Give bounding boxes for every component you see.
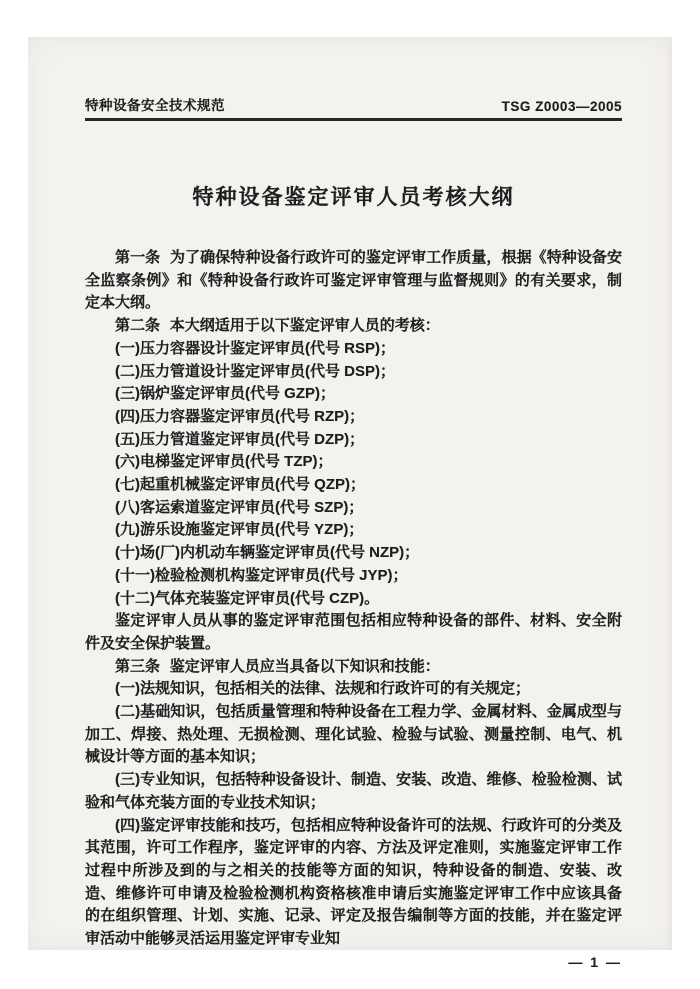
document-header: 特种设备安全技术规范 TSG Z0003—2005 (85, 94, 622, 121)
paragraph: (七)起重机械鉴定评审员(代号 QZP)； (85, 474, 622, 497)
paragraph: (八)客运索道鉴定评审员(代号 SZP)； (85, 497, 622, 520)
article-paragraph: 第三条鉴定评审人员应当具备以下知识和技能： (85, 656, 622, 679)
document-body: 第一条为了确保特种设备行政许可的鉴定评审工作质量，根据《特种设备安全监察条例》和… (85, 247, 622, 951)
article-paragraph: 第二条本大纲适用于以下鉴定评审人员的考核： (85, 315, 622, 338)
paragraph: (四)鉴定评审技能和技巧，包括相应特种设备许可的法规、行政许可的分类及其范围，许… (85, 815, 622, 951)
paragraph: (五)压力管道鉴定评审员(代号 DZP)； (85, 429, 622, 452)
page-number: — 1 — (85, 954, 622, 970)
scanned-document-page: 特种设备安全技术规范 TSG Z0003—2005 特种设备鉴定评审人员考核大纲… (28, 37, 672, 950)
paragraph: (十一)检验检测机构鉴定评审员(代号 JYP)； (85, 565, 622, 588)
paragraph: (四)压力容器鉴定评审员(代号 RZP)； (85, 406, 622, 429)
header-document-code: TSG Z0003—2005 (502, 99, 622, 114)
article-number: 第一条 (115, 249, 160, 266)
paragraph: (十)场(厂)内机动车辆鉴定评审员(代号 NZP)； (85, 542, 622, 565)
paragraph: (三)锅炉鉴定评审员(代号 GZP)； (85, 383, 622, 406)
paragraph: (三)专业知识，包括特种设备设计、制造、安装、改造、维修、检验检测、试验和气体充… (85, 769, 622, 814)
screenshot-canvas: 特种设备安全技术规范 TSG Z0003—2005 特种设备鉴定评审人员考核大纲… (0, 0, 700, 989)
paragraph: (九)游乐设施鉴定评审员(代号 YZP)； (85, 519, 622, 542)
paragraph: (二)压力管道设计鉴定评审员(代号 DSP)； (85, 361, 622, 384)
paragraph: 鉴定评审人员从事的鉴定评审范围包括相应特种设备的部件、材料、安全附件及安全保护装… (85, 610, 622, 655)
article-number: 第二条 (115, 317, 160, 334)
article-paragraph: 第一条为了确保特种设备行政许可的鉴定评审工作质量，根据《特种设备安全监察条例》和… (85, 247, 622, 315)
paragraph: (十二)气体充装鉴定评审员(代号 CZP)。 (85, 588, 622, 611)
paragraph: (一)法规知识，包括相关的法律、法规和行政许可的有关规定； (85, 678, 622, 701)
article-number: 第三条 (115, 658, 160, 675)
page-title: 特种设备鉴定评审人员考核大纲 (85, 181, 622, 211)
paragraph: (二)基础知识，包括质量管理和特种设备在工程力学、金属材料、金属成型与加工、焊接… (85, 701, 622, 769)
paragraph: (一)压力容器设计鉴定评审员(代号 RSP)； (85, 338, 622, 361)
paragraph: (六)电梯鉴定评审员(代号 TZP)； (85, 451, 622, 474)
header-left-title: 特种设备安全技术规范 (85, 94, 225, 114)
